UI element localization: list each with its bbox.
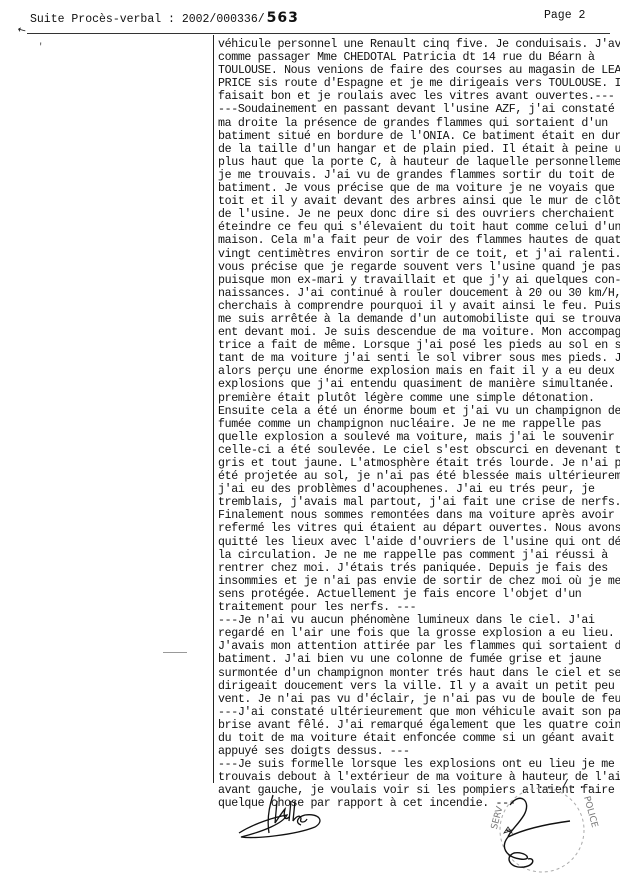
statement-line: fumée comme un champignon nucléaire. Je … bbox=[218, 418, 613, 431]
statement-line: je me trouvais. J'ai vu de grandes flamm… bbox=[218, 169, 613, 182]
statement-line: gris et tout jaune. L'atmosphère était t… bbox=[218, 457, 613, 470]
statement-line: explosions que j'ai entendu quasiment de… bbox=[218, 378, 613, 391]
statement-line: TOULOUSE. Nous venions de faire des cour… bbox=[218, 64, 613, 77]
statement-line: vous précise que je regarde souvent vers… bbox=[218, 261, 613, 274]
statement-line: PRICE sis route d'Espagne et je me dirig… bbox=[218, 77, 613, 90]
statement-line: tant de ma voiture j'ai senti le sol vib… bbox=[218, 352, 613, 365]
statement-line: été projetée au sol, je n'ai pas été ble… bbox=[218, 470, 613, 483]
margin-line bbox=[213, 35, 214, 783]
statement-line: première était plutôt légère comme une s… bbox=[218, 392, 613, 405]
statement-line: ---Soudainement en passant devant l'usin… bbox=[218, 103, 613, 116]
statement-line: batiment. J'ai bien vu une colonne de fu… bbox=[218, 653, 613, 666]
statement-line: insommies et je n'ai pas envie de sortir… bbox=[218, 575, 613, 588]
statement-line: naissances. J'ai continué à rouler douce… bbox=[218, 287, 613, 300]
statement-line: traitement pour les nerfs. --- bbox=[218, 601, 613, 614]
statement-line: vingt centimètres environ sortir de ce t… bbox=[218, 248, 613, 261]
statement-line: toit et il y avait devant des arbres ain… bbox=[218, 195, 613, 208]
statement-line: regardé en l'air une fois que la grosse … bbox=[218, 627, 613, 640]
statement-line: ma droite la présence de grandes flammes… bbox=[218, 117, 613, 130]
statement-body: véhicule personnel une Renault cinq five… bbox=[218, 38, 613, 811]
page-number: Page 2 bbox=[544, 8, 585, 24]
statement-line: brise avant fêlé. J'ai remarqué égalemen… bbox=[218, 719, 613, 732]
statement-line: puisque mon ex-mari y travaillait et que… bbox=[218, 274, 613, 287]
reference-number: Suite Procès-verbal : 2002/000336/563 bbox=[30, 10, 299, 28]
statement-line: surmontée d'un champignon monter trés ha… bbox=[218, 667, 613, 680]
reference-handwritten: 563 bbox=[267, 10, 299, 26]
statement-line: cherchais à comprendre pourquoi il y ava… bbox=[218, 300, 613, 313]
page-header: Suite Procès-verbal : 2002/000336/563 Pa… bbox=[30, 8, 590, 24]
statement-line: quelle explosion a soulevé ma voiture, m… bbox=[218, 431, 613, 444]
statement-line: alors perçu une énorme explosion mais en… bbox=[218, 365, 613, 378]
statement-line: ent devant moi. Je suis descendue de ma … bbox=[218, 326, 613, 339]
signature-left-icon bbox=[235, 787, 325, 842]
statement-line: appuyé ses doigts dessus. --- bbox=[218, 745, 613, 758]
official-stamp: SERV POLICE bbox=[480, 785, 605, 875]
margin-tick: ' bbox=[38, 42, 43, 52]
header-rule bbox=[27, 33, 610, 34]
corner-mark-icon: ↖ bbox=[16, 24, 29, 38]
statement-line: éteindre ce feu qui s'élevaient du toit … bbox=[218, 221, 613, 234]
statement-line: rentrer chez moi. J'étais trés paniquée.… bbox=[218, 562, 613, 575]
statement-line: j'ai eu des problèmes d'acouphenes. J'ai… bbox=[218, 483, 613, 496]
statement-line: ---Je n'ai vu aucun phénomène lumineux d… bbox=[218, 614, 613, 627]
reference-label: Suite Procès-verbal : 2002/000336/ bbox=[30, 13, 265, 26]
statement-line: comme passager Mme CHEDOTAL Patricia dt … bbox=[218, 51, 613, 64]
statement-line: de l'usine. Je ne peux donc dire si des … bbox=[218, 208, 613, 221]
statement-line: J'avais mon attention attirée par les fl… bbox=[218, 640, 613, 653]
statement-line: me suis arrêtée à la demande d'un automo… bbox=[218, 313, 613, 326]
statement-line: de la taille d'un hangar et de plain pie… bbox=[218, 143, 613, 156]
statement-line: dirigeait doucement vers la ville. Il y … bbox=[218, 680, 613, 693]
statement-line: batiment situé en bordure de l'ONIA. Ce … bbox=[218, 130, 613, 143]
statement-line: sens protégée. Actuellement je fais enco… bbox=[218, 588, 613, 601]
statement-line: trice a fait de même. Lorsque j'ai posé … bbox=[218, 339, 613, 352]
statement-line: vent. Je n'ai pas vu d'éclair, je n'ai p… bbox=[218, 693, 613, 706]
statement-line: refermé les vitres qui étaient au départ… bbox=[218, 522, 613, 535]
statement-line: celle-ci a été soulevée. Le ciel s'est o… bbox=[218, 444, 613, 457]
statement-line: véhicule personnel une Renault cinq five… bbox=[218, 38, 613, 51]
statement-line: faisait bon et je roulais avec les vitre… bbox=[218, 90, 613, 103]
statement-line: plus haut que la porte C, à hauteur de l… bbox=[218, 156, 613, 169]
statement-line: maison. Cela m'a fait peur de voir des f… bbox=[218, 234, 613, 247]
statement-line: quitté les lieux avec l'aide d'ouvriers … bbox=[218, 536, 613, 549]
statement-line: ---Je suis formelle lorsque les explosio… bbox=[218, 758, 613, 771]
margin-dash bbox=[163, 652, 187, 653]
statement-line: Ensuite cela a été un énorme boum et j'a… bbox=[218, 405, 613, 418]
statement-line: batiment. Je vous précise que de ma voit… bbox=[218, 182, 613, 195]
statement-line: Finalement nous sommes remontées dans ma… bbox=[218, 509, 613, 522]
statement-line: du toit de ma voiture était enfoncée com… bbox=[218, 732, 613, 745]
statement-line: ---J'ai constaté ultérieurement que mon … bbox=[218, 706, 613, 719]
statement-line: la circulation. Je ne me rappelle pas co… bbox=[218, 549, 613, 562]
statement-line: tremblais, j'avais mal partout, j'ai fai… bbox=[218, 496, 613, 509]
